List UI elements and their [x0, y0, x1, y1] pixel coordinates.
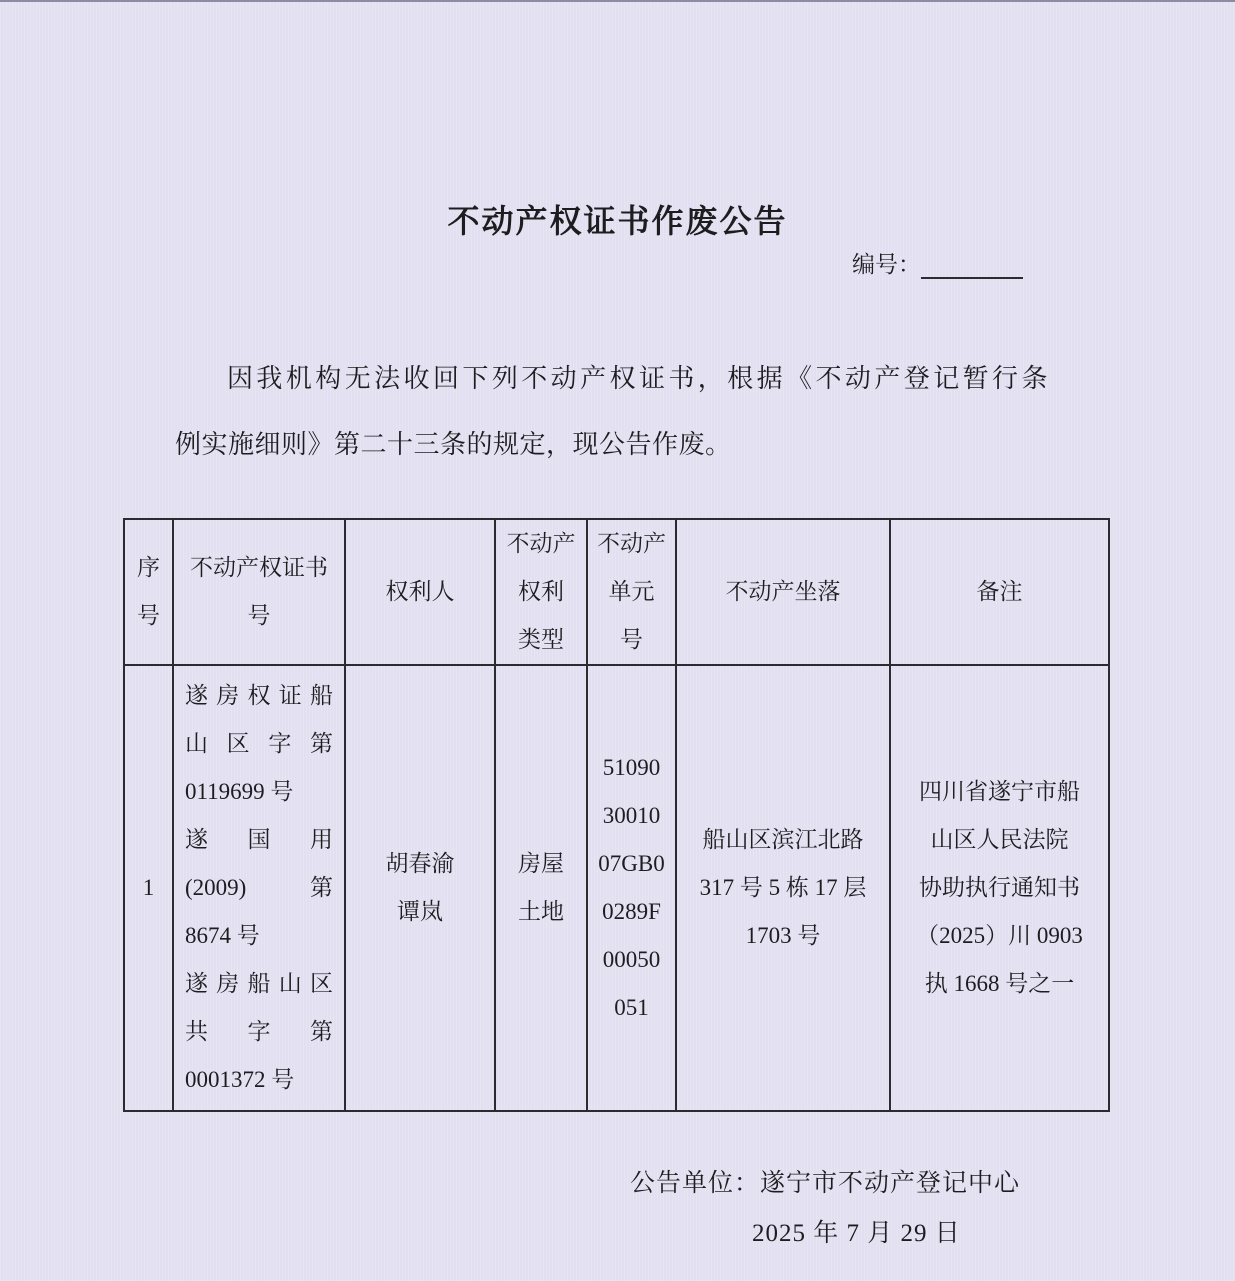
notice-document: 不动产权证书作废公告 编号： 因我机构无法收回下列不动产权证书，根据《不动产登记… [0, 0, 1235, 1281]
scan-edge [0, 0, 1235, 2]
table-header-row: 序号 不动产权证书号 权利人 不动产权利类型 不动产单元号 不动产坐落 备注 [124, 519, 1109, 665]
text-line: 单元 [592, 568, 671, 616]
header-location: 不动产坐落 [676, 519, 890, 665]
text-line: 0001372 号 [185, 1056, 333, 1104]
text-line: 船山区滨江北路 [681, 816, 885, 864]
cell-location: 船山区滨江北路317 号 5 栋 17 层1703 号 [676, 665, 890, 1111]
body-paragraph-line-2: 例实施细则》第二十三条的规定，现公告作废。 [175, 424, 1048, 461]
document-title: 不动产权证书作废公告 [0, 196, 1235, 242]
text-line: 权利 [500, 568, 582, 616]
text-line: 317 号 5 栋 17 层 [681, 864, 885, 912]
date-line: 2025 年 7 月 29 日 [752, 1213, 961, 1249]
cell-serial-number: 1 [124, 665, 173, 1111]
text-line: 序 [129, 544, 168, 592]
header-certificate-number: 不动产权证书号 [173, 519, 345, 665]
text-line: 07GB0 [592, 840, 671, 888]
text-line: 号 [592, 616, 671, 664]
text-line: 051 [592, 984, 671, 1032]
table-row: 1 遂房权证船山区字第0119699 号遂国用(2009) 第8674 号遂房船… [124, 665, 1109, 1111]
text-line: 备注 [895, 568, 1104, 616]
text-line: 不动产 [592, 520, 671, 568]
text-line: 51090 [592, 744, 671, 792]
body-paragraph-line-1: 因我机构无法收回下列不动产权证书，根据《不动产登记暂行条 [175, 358, 1048, 395]
header-remarks: 备注 [890, 519, 1109, 665]
number-label: 编号： [852, 252, 921, 277]
cell-right-holder: 胡春渝谭岚 [345, 665, 495, 1111]
text-line: 类型 [500, 616, 582, 664]
text-line: 执 1668 号之一 [895, 960, 1104, 1008]
text-line: 遂国用 [185, 816, 333, 864]
text-line: 协助执行通知书 [895, 864, 1104, 912]
text-line: 遂房权证船 [185, 672, 333, 720]
cell-unit-number: 510903001007GB00289F00050051 [587, 665, 676, 1111]
text-line: 1703 号 [681, 912, 885, 960]
text-line: 00050 [592, 936, 671, 984]
text-line: 谭岚 [350, 888, 490, 936]
header-right-type: 不动产权利类型 [495, 519, 587, 665]
text-line: 胡春渝 [350, 840, 490, 888]
header-right-holder: 权利人 [345, 519, 495, 665]
header-unit-number: 不动产单元号 [587, 519, 676, 665]
certificates-table: 序号 不动产权证书号 权利人 不动产权利类型 不动产单元号 不动产坐落 备注 1… [123, 518, 1110, 1112]
text-line: 共字第 [185, 1008, 333, 1056]
number-blank-line [921, 253, 1023, 279]
cell-right-type: 房屋土地 [495, 665, 587, 1111]
number-line: 编号： [852, 246, 1023, 279]
cell-remarks: 四川省遂宁市船山区人民法院协助执行通知书（2025）川 0903执 1668 号… [890, 665, 1109, 1111]
text-line: 号 [178, 592, 340, 640]
text-line: 0289F [592, 888, 671, 936]
text-line: 8674 号 [185, 912, 333, 960]
text-line: 30010 [592, 792, 671, 840]
text-line: 不动产 [500, 520, 582, 568]
text-line: 房屋 [500, 840, 582, 888]
text-line: 不动产坐落 [681, 568, 885, 616]
text-line: 号 [129, 592, 168, 640]
text-line: 四川省遂宁市船 [895, 768, 1104, 816]
header-serial-number: 序号 [124, 519, 173, 665]
text-line: （2025）川 0903 [895, 912, 1104, 960]
text-line: 遂房船山区 [185, 960, 333, 1008]
issuer-line: 公告单位：遂宁市不动产登记中心 [630, 1163, 1020, 1199]
text-line: (2009) 第 [185, 864, 333, 912]
cell-certificate-number: 遂房权证船山区字第0119699 号遂国用(2009) 第8674 号遂房船山区… [173, 665, 345, 1111]
text-line: 权利人 [350, 568, 490, 616]
text-line: 0119699 号 [185, 768, 333, 816]
text-line: 土地 [500, 888, 582, 936]
text-line: 山区人民法院 [895, 816, 1104, 864]
text-line: 不动产权证书 [178, 544, 340, 592]
text-line: 山区字第 [185, 720, 333, 768]
